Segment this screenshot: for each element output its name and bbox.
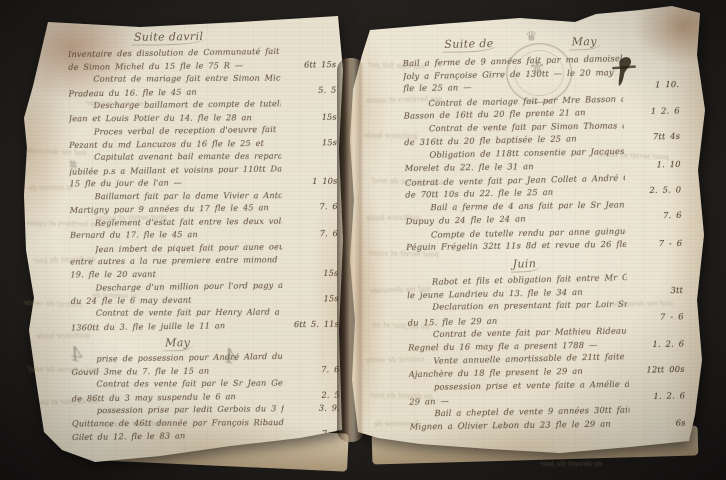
fee-amount [624, 127, 680, 128]
ink-blot-mark [610, 56, 640, 88]
right-page: Suite deMayBail a ferme de 9 années fait… [0, 0, 726, 480]
entry-text: Mignen a Olivier Lebon du 23 fle le 29 a… [410, 418, 630, 434]
seal-crown-icon: ♛ [525, 29, 538, 45]
fee-amount: 7tt 4s [624, 130, 680, 145]
fee-amount: 1 2. 6 [624, 104, 680, 118]
month-heading: Juin [510, 254, 682, 270]
fee-amount [623, 100, 679, 101]
fee-amount [625, 179, 681, 180]
official-seal-stamp-icon: ♛ ⚜ [500, 30, 581, 109]
fee-amount [624, 153, 680, 154]
fee-amount: 7 - 6 [626, 237, 682, 251]
fee-amount [626, 232, 682, 233]
seal-fleur-de-lis-icon: ⚜ [528, 57, 547, 80]
fee-amount: 12tt 00s [629, 363, 685, 377]
month-heading-label: Juin [510, 257, 540, 273]
fee-amount: 1. 2. 6 [629, 389, 685, 404]
month-heading-part: Suite de [442, 37, 498, 53]
fee-amount: 2. 5. 0 [625, 183, 681, 197]
fee-amount [628, 332, 684, 333]
entry-text: Péguin Frégelin 32tt 11s 8d et revue du … [406, 238, 626, 254]
fee-amount [628, 358, 684, 359]
right-page-wrap: Suite deMayBail a ferme de 9 années fait… [0, 0, 726, 480]
fee-amount [629, 386, 685, 387]
fee-amount: 7. 6 [626, 209, 682, 224]
fee-amount [627, 279, 683, 280]
manuscript-photo: Suite davrilInventaire des dissolution d… [0, 0, 726, 480]
fee-amount [629, 411, 685, 412]
fee-amount: 6s [630, 417, 686, 431]
fee-amount [627, 306, 683, 307]
fee-amount [625, 207, 681, 208]
register-line: Mignen a Olivier Lebon du 23 fle le 29 a… [410, 417, 686, 434]
fee-amount: 7 - 6 [627, 310, 683, 325]
